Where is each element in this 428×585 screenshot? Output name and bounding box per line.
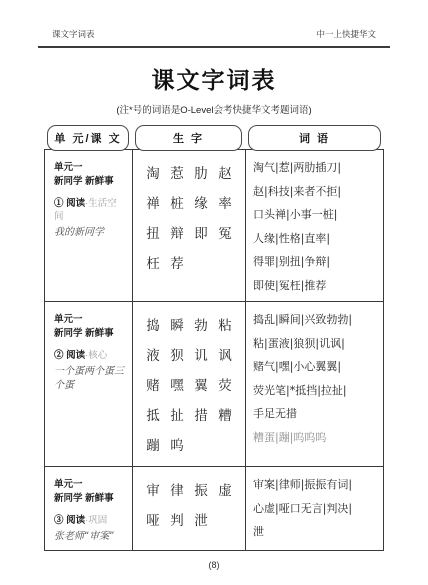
character: 虚 bbox=[213, 479, 237, 499]
character: 扯 bbox=[165, 404, 189, 424]
character: 冤 bbox=[213, 222, 237, 242]
word-line: 糟蛋|蹦|呜呜呜 bbox=[253, 426, 379, 450]
word-line: 赌气|嘿|小心翼翼| bbox=[253, 355, 379, 379]
character: 勃 bbox=[189, 314, 213, 334]
word-line: 心虚|哑口无言|判决| bbox=[253, 497, 379, 521]
lesson-category: ·核心 bbox=[85, 350, 107, 361]
character: 粘 bbox=[213, 314, 237, 334]
table-header-row: 单 元/课 文 生 字 词 语 bbox=[44, 125, 384, 151]
unit-cell: 单元一 新同学 新鲜事 ① 阅读·生活空间 我的新同学 bbox=[45, 150, 133, 301]
character: 捣 bbox=[141, 314, 165, 334]
unit-theme: 新同学 新鲜事 bbox=[54, 327, 125, 341]
lesson-label: ③ 阅读 bbox=[54, 515, 85, 526]
character: 哑 bbox=[141, 509, 165, 529]
word-line: 粘|蛋液|狼狈|讥讽| bbox=[253, 332, 379, 356]
character: 翼 bbox=[189, 374, 213, 394]
word-line: 泄 bbox=[253, 520, 379, 544]
character: 率 bbox=[213, 192, 237, 212]
character: 辩 bbox=[165, 222, 189, 242]
page-title: 课文字词表 bbox=[0, 62, 428, 95]
characters-cell: 审律振虚哑判泄 bbox=[133, 467, 246, 550]
character: 桩 bbox=[165, 192, 189, 212]
character: 禅 bbox=[141, 192, 165, 212]
lesson-label: ① 阅读 bbox=[54, 198, 85, 209]
lesson-line: ③ 阅读·巩固 bbox=[54, 514, 125, 527]
character: 措 bbox=[189, 404, 213, 424]
running-header: 课文字词表 中一上快捷华文 bbox=[38, 28, 390, 48]
table-body: 单元一 新同学 新鲜事 ① 阅读·生活空间 我的新同学 淘惹肋赵禅桩缘率扭辩即冤… bbox=[44, 149, 384, 551]
characters-cell: 捣瞬勃粘液狈讥讽赌嘿翼荧抵扯措糟蹦呜 bbox=[133, 302, 246, 466]
unit-theme: 新同学 新鲜事 bbox=[54, 175, 125, 189]
lesson-line: ① 阅读·生活空间 bbox=[54, 197, 125, 223]
character: 淘 bbox=[141, 162, 165, 182]
column-header-characters: 生 字 bbox=[135, 125, 242, 151]
unit-theme: 新同学 新鲜事 bbox=[54, 492, 125, 506]
word-line: 淘气|惹|两肋插刀| bbox=[253, 156, 379, 180]
character: 枉 bbox=[141, 252, 165, 272]
character: 判 bbox=[165, 509, 189, 529]
character: 呜 bbox=[165, 434, 189, 454]
character: 荧 bbox=[213, 374, 237, 394]
lesson-label: ② 阅读 bbox=[54, 350, 85, 361]
character: 狈 bbox=[165, 344, 189, 364]
character: 惹 bbox=[165, 162, 189, 182]
word-line: 赵|科技|来者不拒| bbox=[253, 180, 379, 204]
character: 赵 bbox=[213, 162, 237, 182]
unit-cell: 单元一 新同学 新鲜事 ③ 阅读·巩固 张老师“审案” bbox=[45, 467, 133, 550]
character: 蹦 bbox=[141, 434, 165, 454]
vocab-table: 单 元/课 文 生 字 词 语 单元一 新同学 新鲜事 ① 阅读·生活空间 我的… bbox=[44, 125, 384, 551]
unit-name: 单元一 bbox=[54, 313, 125, 327]
character: 瞬 bbox=[165, 314, 189, 334]
lesson-line: ② 阅读·核心 bbox=[54, 349, 125, 362]
table-row: 单元一 新同学 新鲜事 ① 阅读·生活空间 我的新同学 淘惹肋赵禅桩缘率扭辩即冤… bbox=[45, 150, 383, 302]
unit-name: 单元一 bbox=[54, 161, 125, 175]
subtitle-note: (注*号的词语是O-Level会考快捷华文考题词语) bbox=[0, 102, 428, 116]
character: 讥 bbox=[189, 344, 213, 364]
character: 肋 bbox=[189, 162, 213, 182]
words-cell: 捣乱|瞬间|兴致勃勃|粘|蛋液|狼狈|讥讽|赌气|嘿|小心翼翼|荧光笔|*抵挡|… bbox=[246, 302, 383, 466]
lesson-title: 张老师“审案” bbox=[54, 530, 125, 544]
lesson-title: 一个蛋两个蛋三个蛋 bbox=[54, 365, 125, 393]
words-cell: 审案|律师|振振有词|心虚|哑口无言|判决|泄 bbox=[246, 467, 383, 550]
column-header-words: 词 语 bbox=[248, 125, 381, 151]
word-line: 审案|律师|振振有词| bbox=[253, 473, 379, 497]
character: 泄 bbox=[189, 509, 213, 529]
page-number: (8) bbox=[0, 560, 428, 570]
character: 审 bbox=[141, 479, 165, 499]
character: 赌 bbox=[141, 374, 165, 394]
character: 即 bbox=[189, 222, 213, 242]
character: 荐 bbox=[165, 252, 189, 272]
character: 扭 bbox=[141, 222, 165, 242]
textbook-page: 课文字词表 中一上快捷华文 课文字词表 (注*号的词语是O-Level会考快捷华… bbox=[0, 0, 428, 585]
word-line: 得罪|别扭|争辩| bbox=[253, 250, 379, 274]
word-line: 口头禅|小事一桩| bbox=[253, 203, 379, 227]
characters-cell: 淘惹肋赵禅桩缘率扭辩即冤枉荐 bbox=[133, 150, 246, 301]
character: 振 bbox=[189, 479, 213, 499]
word-line: 即使|冤枉|推荐 bbox=[253, 274, 379, 298]
character: 律 bbox=[165, 479, 189, 499]
character: 缘 bbox=[189, 192, 213, 212]
table-row: 单元一 新同学 新鲜事 ② 阅读·核心 一个蛋两个蛋三个蛋 捣瞬勃粘液狈讥讽赌嘿… bbox=[45, 302, 383, 467]
character: 糟 bbox=[213, 404, 237, 424]
unit-name: 单元一 bbox=[54, 478, 125, 492]
word-line: 人缘|性格|直率| bbox=[253, 227, 379, 251]
header-left-text: 课文字词表 bbox=[52, 28, 95, 40]
character: 嘿 bbox=[165, 374, 189, 394]
word-line: 手足无措 bbox=[253, 402, 379, 426]
character: 液 bbox=[141, 344, 165, 364]
unit-cell: 单元一 新同学 新鲜事 ② 阅读·核心 一个蛋两个蛋三个蛋 bbox=[45, 302, 133, 466]
character: 抵 bbox=[141, 404, 165, 424]
words-cell: 淘气|惹|两肋插刀|赵|科技|来者不拒|口头禅|小事一桩|人缘|性格|直率|得罪… bbox=[246, 150, 383, 301]
word-line: 荧光笔|*抵挡|拉扯| bbox=[253, 379, 379, 403]
word-line: 捣乱|瞬间|兴致勃勃| bbox=[253, 308, 379, 332]
lesson-title: 我的新同学 bbox=[54, 226, 125, 240]
character: 讽 bbox=[213, 344, 237, 364]
header-right-text: 中一上快捷华文 bbox=[316, 28, 376, 40]
lesson-category: ·巩固 bbox=[85, 515, 107, 526]
table-row: 单元一 新同学 新鲜事 ③ 阅读·巩固 张老师“审案” 审律振虚哑判泄 审案|律… bbox=[45, 467, 383, 550]
column-header-unit: 单 元/课 文 bbox=[47, 125, 129, 151]
